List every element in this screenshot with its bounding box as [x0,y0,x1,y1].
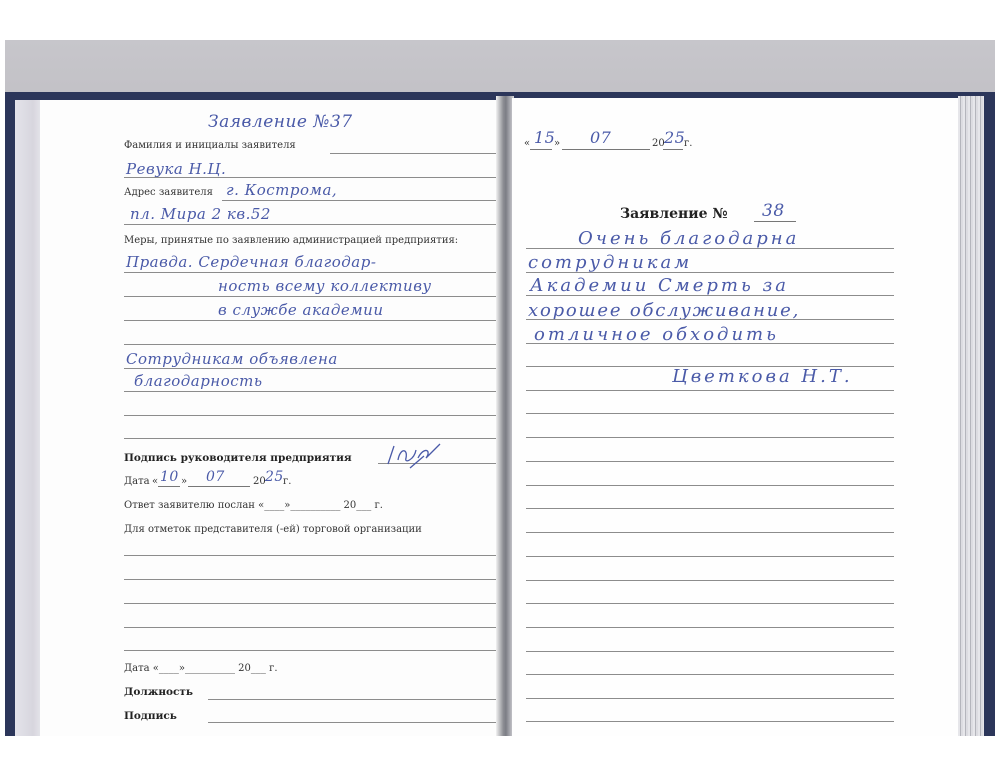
address-label: Адрес заявителя [124,187,213,198]
left-page-handwritten-heading: Заявление №37 [208,112,353,132]
measures-line-5: благодарность [134,372,263,390]
applicant-name-value: Ревука Н.Ц. [126,160,226,178]
ruled-line [526,674,894,675]
ruled-line [526,390,894,391]
signature-label: Подпись [124,710,177,722]
right-date-year-suffix: 25 [664,128,685,147]
ruled-line [124,650,498,651]
ruled-line [124,438,498,439]
ruled-line [526,295,894,296]
date-month-value: 07 [206,469,225,485]
ruled-line [222,200,498,201]
manager-signature-label: Подпись руководителя предприятия [124,452,352,464]
date-quote-close: » [181,476,187,487]
right-page [512,98,962,736]
applicant-name-label: Фамилия и инициалы заявителя [124,140,296,151]
ruled-line [124,296,498,297]
right-date-year-underline [663,149,683,150]
date-year-suffix: 25 [265,469,284,485]
ruled-line [526,437,894,438]
manager-signature-scribble [380,440,460,470]
right-date-day-underline [530,149,552,150]
ruled-line [124,415,498,416]
right-date-month: 07 [590,128,611,147]
right-body-line-5: отличное обходить [534,324,779,345]
ruled-line [124,391,498,392]
right-body-line-1: Очень благодарна [578,228,799,249]
right-body-signature: Цветкова Н.Т. [672,366,853,387]
date-day-underline [158,486,180,487]
book-cover-edge [984,96,993,736]
ruled-line [124,320,498,321]
ruled-line [526,627,894,628]
ruled-line [526,272,894,273]
right-date-quote-open: « [524,138,530,149]
ruled-line [526,413,894,414]
ruled-line [124,579,498,580]
measures-line-4: Сотрудникам объявлена [126,350,338,368]
ruled-line [124,272,498,273]
ruled-line [124,224,498,225]
ruled-line [526,580,894,581]
right-title-number-underline [754,221,796,222]
date-label: Дата [124,476,150,487]
ruled-line [124,368,498,369]
address-value-line1: г. Кострома, [226,181,337,199]
reply-sent-label: Ответ заявителю послан «____»__________ … [124,500,383,511]
ruled-line [124,344,498,345]
right-title-label: Заявление № [620,206,728,222]
right-body-line-2: сотрудникам [528,252,692,273]
right-title-number: 38 [762,201,785,221]
ruled-line [124,177,498,178]
address-value-line2: пл. Мира 2 кв.52 [130,205,271,223]
right-body-line-3: Академии Смерть за [530,275,789,296]
ruled-line [526,461,894,462]
bottom-date-label: Дата «____»__________ 20___ г. [124,663,278,674]
ruled-line [526,651,894,652]
ruled-line [526,508,894,509]
measures-line-2: ность всему коллективу [218,277,432,295]
ruled-line [526,532,894,533]
ruled-line [526,248,894,249]
right-date-month-underline [562,149,650,150]
ruled-line [526,485,894,486]
ruled-line [208,722,498,723]
ruled-line [124,603,498,604]
ruled-line [526,721,894,722]
ruled-line [526,698,894,699]
measures-line-3: в службе академии [218,301,384,319]
rep-notes-label: Для отметок представителя (-ей) торговой… [124,524,422,535]
right-date-day: 15 [534,128,555,147]
ruled-line [526,319,894,320]
ruled-line [526,603,894,604]
ruled-line [526,343,894,344]
position-label: Должность [124,686,193,698]
right-body-line-4: хорошее обслуживание, [528,300,800,321]
right-date-year-unit: г. [684,138,692,149]
date-year-unit: г. [283,476,291,487]
right-page-stack [958,96,984,736]
date-month-underline [188,486,250,487]
ruled-line [208,699,498,700]
ruled-line [124,555,498,556]
measures-label: Меры, принятые по заявлению администраци… [124,235,458,246]
measures-line-1: Правда. Сердечная благодар- [126,253,376,271]
ruled-line [526,556,894,557]
ruled-line [330,153,498,154]
ruled-line [124,627,498,628]
date-year-prefix: 20 [253,476,266,487]
date-day-value: 10 [160,469,179,485]
right-date-year-prefix: 20 [652,138,665,149]
right-date-quote-close: » [554,138,560,149]
